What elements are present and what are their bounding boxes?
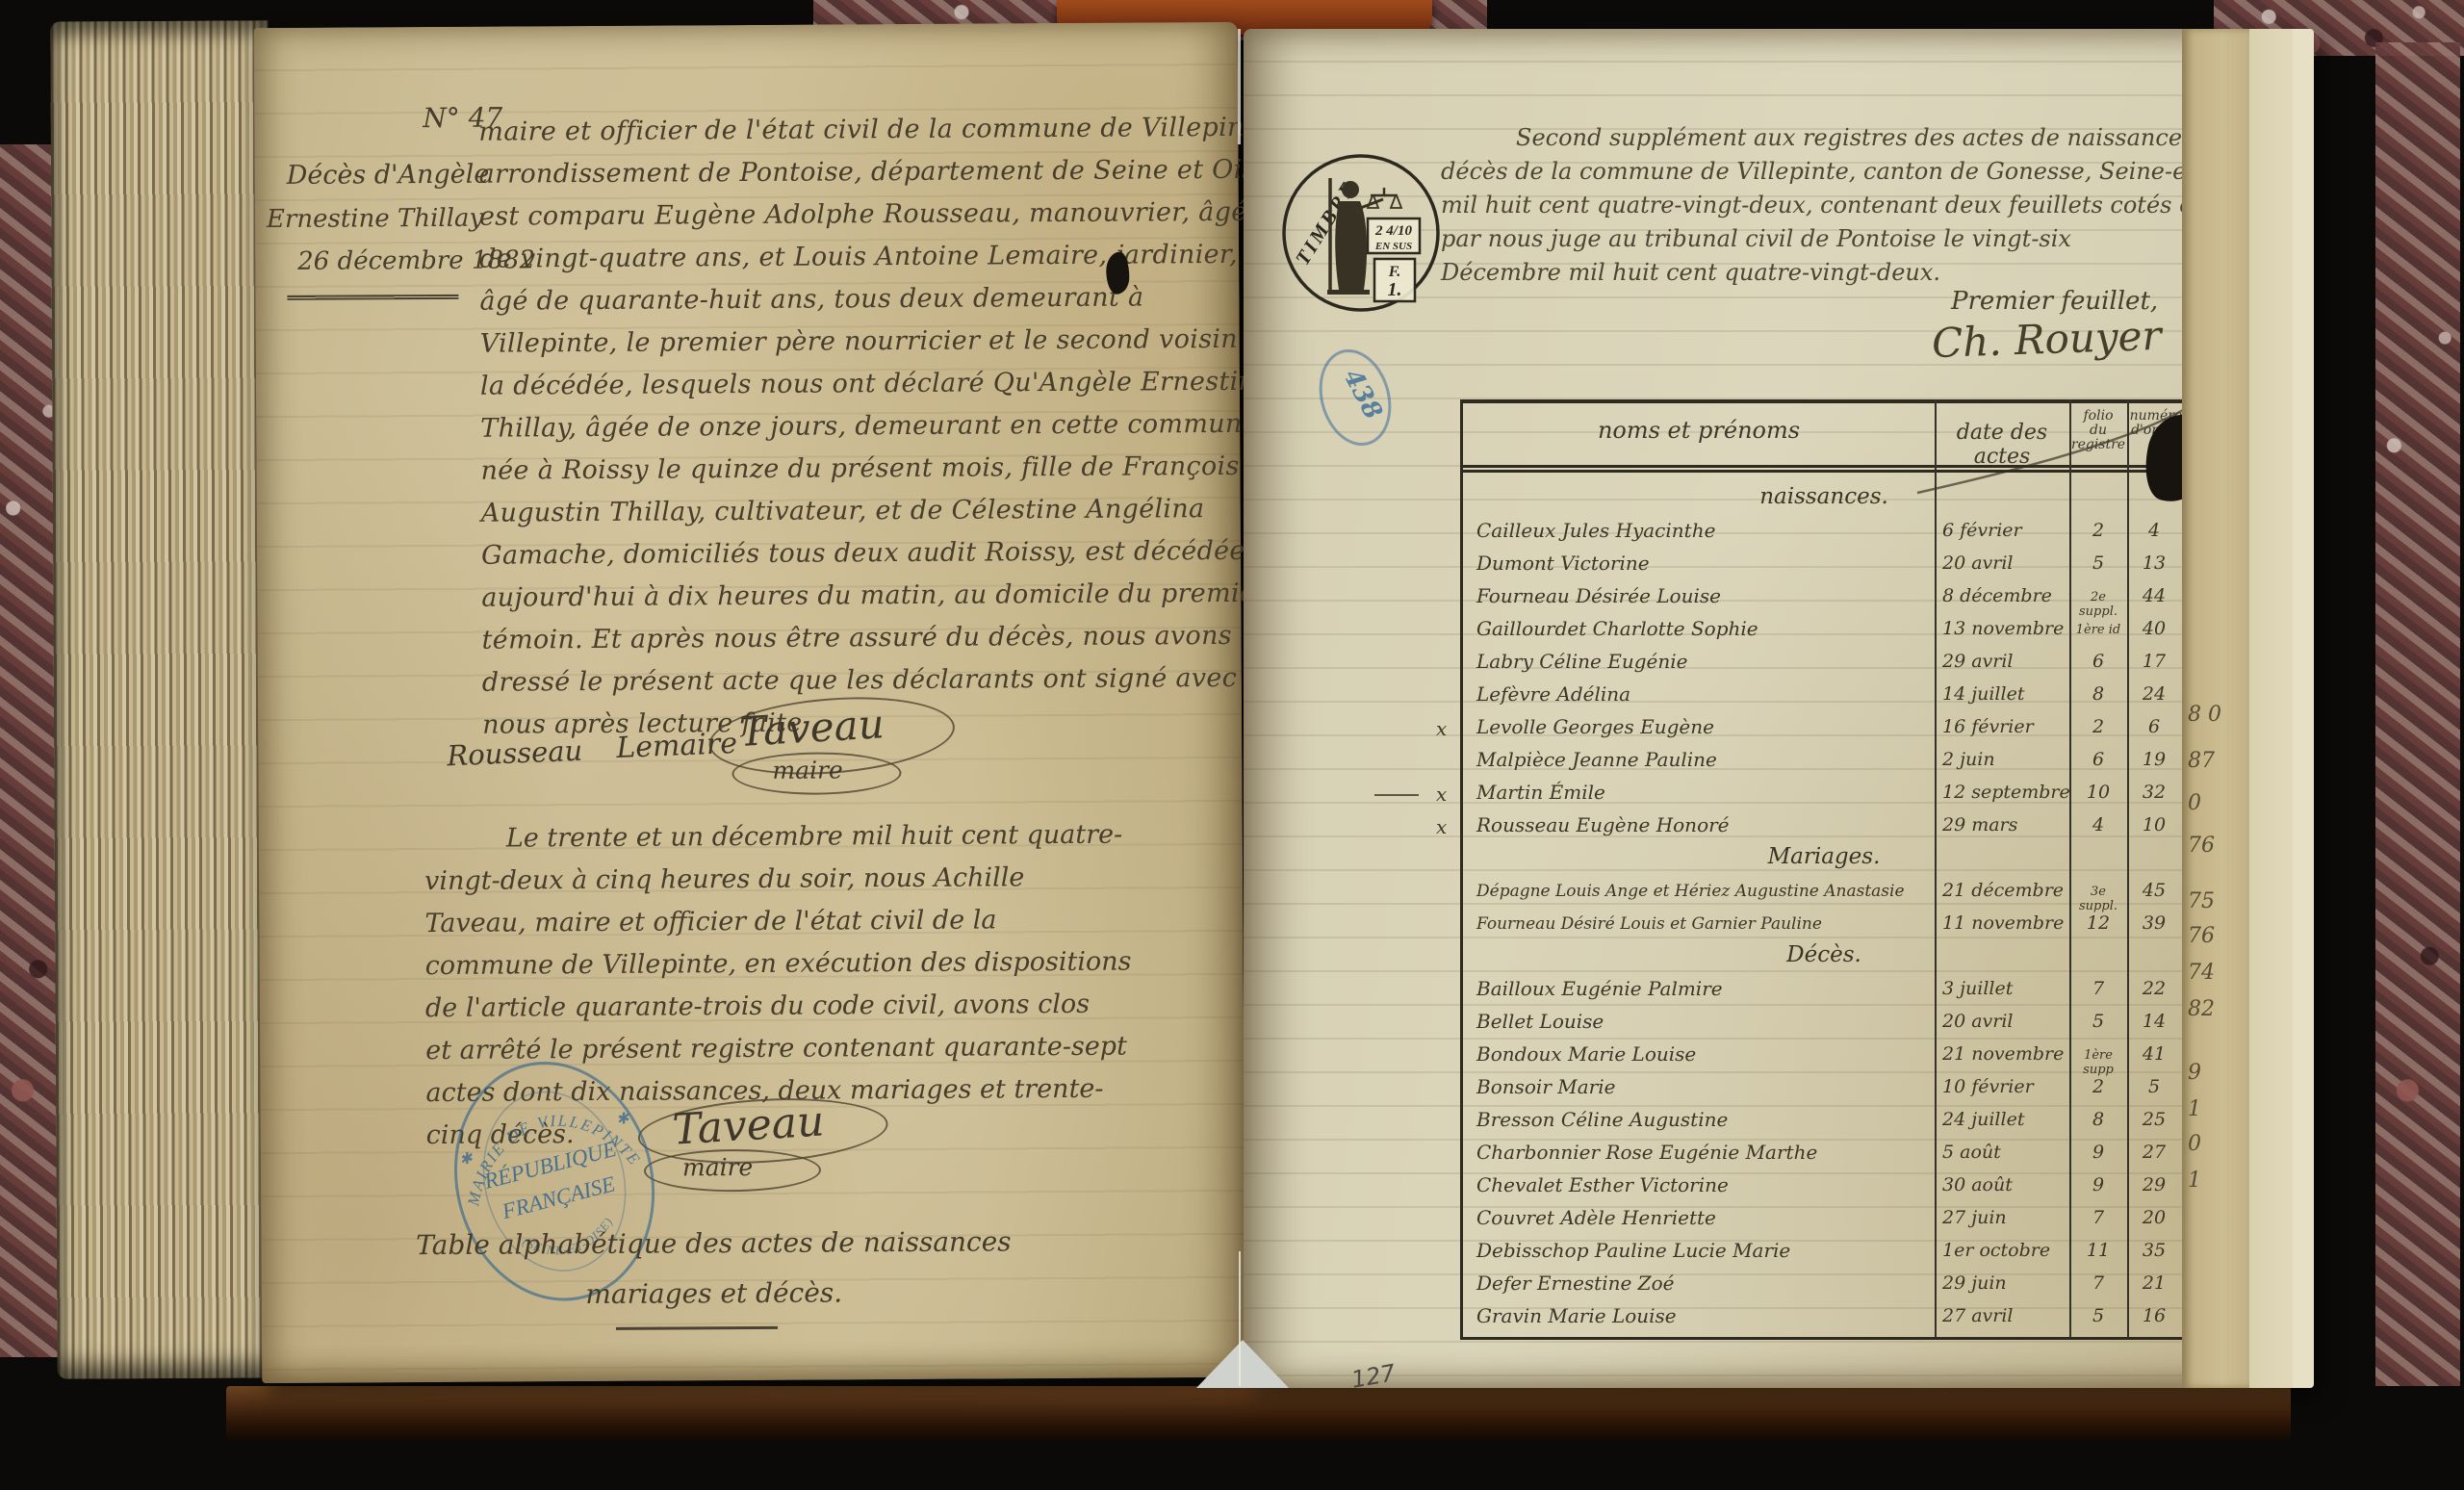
handwritten-line: maire et officier de l'état civil de la … [478,107,1245,154]
handwritten-line: Villepinte, le premier père nourricier e… [480,319,1246,366]
cell-name: Dumont Victorine [1476,552,1929,575]
cell-date: 27 juin [1942,1207,2066,1228]
handwritten-line: la décédée, lesquels nous ont déclaré Qu… [480,361,1246,408]
edge-folio-number: 87 [2188,749,2215,773]
gutter-fold [1196,1340,1289,1388]
cell-order-number: 17 [2127,651,2181,672]
cell-order-number: 41 [2127,1043,2181,1065]
margin-check-mark: x [1436,783,1447,806]
cell-name: Malpièce Jeanne Pauline [1476,748,1929,771]
cell-name: Labry Céline Eugénie [1476,650,1929,673]
cell-folio: 7 [2069,978,2127,999]
column-header-names: noms et prénoms [1463,417,1935,444]
handwritten-line: commune de Villepinte, en exécution des … [425,940,1215,988]
cell-name: Cailleux Jules Hyacinthe [1476,519,1929,542]
cell-date: 10 février [1942,1076,2066,1097]
cell-name: Chevalet Esther Victorine [1476,1173,1929,1196]
cell-order-number: 27 [2127,1142,2181,1163]
cell-date: 30 août [1942,1174,2066,1195]
cell-date: 21 décembre [1942,880,2066,901]
cell-name: Martin Émile [1476,781,1929,804]
table-row: Dumont Victorine20 avril513 [1463,550,2185,582]
cell-date: 21 novembre [1942,1043,2066,1065]
cell-order-number: 21 [2127,1272,2181,1294]
timbre-value-currency: F. [1388,264,1401,280]
margin-check-mark: x [1436,717,1447,740]
pencil-folio-number: 127 [1349,1359,1398,1388]
table-row: Bresson Céline Augustine24 juillet825 [1463,1106,2185,1139]
cell-date: 3 juillet [1942,978,2066,999]
handwritten-line: témoin. Et après nous être assuré du déc… [481,615,1247,662]
table-row: Malpièce Jeanne Pauline2 juin619 [1463,746,2185,779]
cell-name: Lefèvre Adélina [1476,682,1929,706]
table-row: Bailloux Eugénie Palmire3 juillet722 [1463,975,2185,1008]
archive-number-stamp: 438 [1308,341,1401,454]
under-page-edge [2293,29,2314,1388]
cell-folio: 2 [2069,716,2127,737]
handwritten-line: aujourd'hui à dix heures du matin, au do… [481,573,1247,620]
table-header-separator [1460,465,2185,473]
table-row: Charbonnier Rose Eugénie Marthe5 août927 [1463,1139,2185,1171]
cell-name: Levolle Georges Eugène [1476,715,1929,738]
cell-order-number: 24 [2127,683,2181,705]
handwritten-line: Augustin Thillay, cultivateur, et de Cél… [481,488,1247,535]
table-row: Debisschop Pauline Lucie Marie1er octobr… [1463,1237,2185,1270]
edge-folio-number: 74 [2188,961,2215,985]
handwritten-line: est comparu Eugène Adolphe Rousseau, man… [479,192,1245,239]
mayor-title: maire [772,756,843,784]
under-page-edge: 8 087076757674829101 [2182,29,2249,1388]
table-row: Chevalet Esther Victorine30 août929 [1463,1171,2185,1204]
archive-number: 438 [1338,365,1388,424]
judge-signature: Ch. Rouyer [1931,312,2162,367]
table-row: Lefèvre Adélina14 juillet824 [1463,681,2185,713]
table-row: Labry Céline Eugénie29 avril617 [1463,648,2185,681]
act-title-line: Ernestine Thillay [267,204,483,234]
table-row: Gaillourdet Charlotte Sophie13 novembre1… [1463,615,2185,648]
table-section-title: Mariages. [1463,844,2185,877]
cell-name: Bondoux Marie Louise [1476,1042,1929,1066]
cell-order-number: 44 [2127,585,2181,606]
cell-name: Dépagne Louis Ange et Hériez Augustine A… [1476,882,1929,901]
cell-folio: 6 [2069,651,2127,672]
binding-thread [1239,1251,1241,1386]
table-section-title: Décès. [1463,942,2185,975]
registry-book-photo: N° 47 Décès d'Angèle Ernestine Thillay 2… [0,0,2464,1490]
cell-name: Gaillourdet Charlotte Sophie [1476,617,1929,640]
cell-name: Bailloux Eugénie Palmire [1476,977,1929,1000]
cell-order-number: 32 [2127,782,2181,803]
margin-dash-mark [1374,794,1419,796]
cell-folio: 8 [2069,1109,2127,1130]
cell-date: 27 avril [1942,1305,2066,1326]
cell-name: Defer Ernestine Zoé [1476,1272,1929,1295]
cell-date: 6 février [1942,520,2066,541]
table-section-title: naissances. [1463,484,2185,517]
handwritten-line: née à Roissy le quinze du présent mois, … [480,446,1246,493]
cell-order-number: 16 [2127,1305,2181,1326]
signature-mayor: Taveau [738,700,885,756]
stamp-star-icon: ✱ [614,1108,632,1129]
edge-folio-number: 0 [2188,1132,2201,1156]
closing-title: maire [682,1153,754,1181]
cell-folio: 9 [2069,1174,2127,1195]
binding-thread [1238,29,1241,144]
cell-date: 29 avril [1942,651,2066,672]
cell-folio: 12 [2069,912,2127,934]
cell-name: Charbonnier Rose Eugénie Marthe [1476,1141,1929,1164]
table-title-rule [616,1326,778,1330]
closing-signature: Taveau [671,1096,825,1154]
edge-folio-number: 82 [2188,997,2215,1021]
cell-order-number: 19 [2127,749,2181,770]
cell-name: Bresson Céline Augustine [1476,1108,1929,1131]
edge-folio-number: 0 [2188,791,2201,815]
table-row: Fourneau Désiré Louis et Garnier Pauline… [1463,910,2185,942]
cell-order-number: 20 [2127,1207,2181,1228]
cell-order-number: 25 [2127,1109,2181,1130]
cell-folio: 2 [2069,520,2127,541]
cell-order-number: 4 [2127,520,2181,541]
edge-folio-number: 1 [2188,1097,2201,1121]
table-row: Fourneau Désirée Louise8 décembre2e supp… [1463,582,2185,615]
left-page: N° 47 Décès d'Angèle Ernestine Thillay 2… [254,22,1246,1383]
edge-folio-number: 75 [2188,889,2215,913]
cell-order-number: 10 [2127,814,2181,835]
cell-folio: 7 [2069,1207,2127,1228]
cell-order-number: 14 [2127,1011,2181,1032]
cell-date: 11 novembre [1942,912,2066,934]
cell-folio: 1ère id [2069,623,2127,637]
cell-date: 13 novembre [1942,618,2066,639]
table-row: Gravin Marie Louise27 avril516 [1463,1302,2185,1335]
cell-date: 20 avril [1942,1011,2066,1032]
cell-folio: 2 [2069,1076,2127,1097]
table-row: Bonsoir Marie10 février25 [1463,1073,2185,1106]
cell-order-number: 39 [2127,912,2181,934]
death-act-text: maire et officier de l'état civil de la … [478,107,1248,747]
handwritten-line: Gamache, domiciliés tous deux audit Rois… [481,530,1247,578]
cell-date: 24 juillet [1942,1109,2066,1130]
cell-date: 29 mars [1942,814,2066,835]
cell-date: 29 juin [1942,1272,2066,1294]
table-row: Defer Ernestine Zoé29 juin721 [1463,1270,2185,1302]
table-row: Cailleux Jules Hyacinthe6 février24 [1463,517,2185,550]
column-header-date: date des actes [1935,421,2069,469]
cell-folio: 7 [2069,1272,2127,1294]
handwritten-line: Taveau, maire et officier de l'état civi… [424,898,1214,945]
cell-date: 2 juin [1942,749,2066,770]
cell-order-number: 40 [2127,618,2181,639]
handwritten-line: de vingt-quatre ans, et Louis Antoine Le… [479,234,1245,281]
cell-folio: 5 [2069,1305,2127,1326]
handwritten-line: arrondissement de Pontoise, département … [479,149,1245,196]
timbre-surcharge-word: EN SUS [1374,241,1412,252]
cell-date: 5 août [1942,1142,2066,1163]
act-title-line: Décès d'Angèle [287,160,490,191]
timbre-fiscal-stamp: TIMBRE 2 4/10 EN SUS F. 1. [1277,149,1446,318]
left-page-stack-edges [50,20,274,1378]
cell-name: Rousseau Eugène Honoré [1476,813,1929,836]
cell-date: 14 juillet [1942,683,2066,705]
cell-date: 16 février [1942,716,2066,737]
cell-order-number: 6 [2127,716,2181,737]
handwritten-line: Thillay, âgée de onze jours, demeurant e… [480,403,1246,450]
cell-name: Fourneau Désirée Louise [1476,584,1929,607]
marbled-cover-left [0,144,60,1357]
handwritten-line: Le trente et un décembre mil huit cent q… [506,813,1214,860]
edge-folio-number: 76 [2188,834,2215,858]
feuillet-label: Premier feuillet, [1951,287,2158,316]
cell-date: 20 avril [1942,552,2066,574]
margin-check-mark: x [1436,815,1447,838]
stamp-star-icon: ✱ [457,1148,475,1169]
cell-folio: 10 [2069,782,2127,803]
table-row: Bondoux Marie Louise21 novembre1ère supp… [1463,1040,2185,1073]
index-table: noms et prénoms date des actes folio du … [1460,399,2182,1340]
cell-name: Fourneau Désiré Louis et Garnier Pauline [1476,914,1929,934]
table-row: Martin Émile12 septembre1032 [1463,779,2185,811]
cell-folio: 4 [2069,814,2127,835]
cell-folio: 5 [2069,552,2127,574]
cell-date: 8 décembre [1942,585,2066,606]
table-top-border [1460,399,2185,404]
table-title-line1: Table alphabétique des actes de naissanc… [376,1217,1050,1271]
timbre-surcharge-amount: 2 4/10 [1374,223,1412,239]
margin-divider-rule [287,295,458,300]
under-page-edge [2249,29,2293,1388]
timbre-value-number: 1. [1388,279,1402,300]
cell-order-number: 45 [2127,880,2181,901]
cell-date: 1er octobre [1942,1240,2066,1261]
alphabetical-table-title: Table alphabétique des actes de naissanc… [376,1217,1051,1321]
cell-order-number: 5 [2127,1076,2181,1097]
table-row: Levolle Georges Eugène16 février26 [1463,713,2185,746]
table-title-line2: mariages et décès. [377,1267,1051,1321]
handwritten-line: de l'article quarante-trois du code civi… [425,983,1215,1030]
cell-name: Debisschop Pauline Lucie Marie [1476,1239,1929,1262]
cell-folio: 8 [2069,683,2127,705]
table-row: Rousseau Eugène Honoré29 mars410 [1463,811,2185,844]
cell-folio: 9 [2069,1142,2127,1163]
table-row: Bellet Louise20 avril514 [1463,1008,2185,1040]
cell-order-number: 22 [2127,978,2181,999]
cell-folio: 6 [2069,749,2127,770]
cell-order-number: 35 [2127,1240,2181,1261]
table-row: Dépagne Louis Ange et Hériez Augustine A… [1463,877,2185,910]
handwritten-line: vingt-deux à cinq heures du soir, nous A… [424,856,1214,903]
ink-blot [1106,252,1129,295]
handwritten-line: âgé de quarante-huit ans, tous deux deme… [479,276,1245,323]
cell-folio: 5 [2069,1011,2127,1032]
signature-witness1: Rousseau [447,734,583,773]
cell-order-number: 29 [2127,1174,2181,1195]
marbled-cover-right [2375,42,2460,1386]
edge-folio-number: 8 0 [2188,703,2221,727]
cell-name: Couvret Adèle Henriette [1476,1206,1929,1229]
cell-name: Gravin Marie Louise [1476,1304,1929,1327]
edge-folio-number: 9 [2188,1061,2201,1085]
edge-folio-number: 1 [2188,1169,2201,1193]
table-row: Couvret Adèle Henriette27 juin720 [1463,1204,2185,1237]
cell-name: Bellet Louise [1476,1010,1929,1033]
column-header-folio: folio du registre [2069,409,2127,452]
edge-folio-number: 76 [2188,924,2215,948]
book-bottom-cover-edge [226,1386,2291,1440]
right-page: 20 TIMBRE 2 4/10 EN SUS F. 1. [1244,29,2314,1388]
cell-name: Bonsoir Marie [1476,1075,1929,1098]
cell-order-number: 13 [2127,552,2181,574]
cell-date: 12 septembre [1942,782,2066,803]
cell-folio: 11 [2069,1240,2127,1261]
